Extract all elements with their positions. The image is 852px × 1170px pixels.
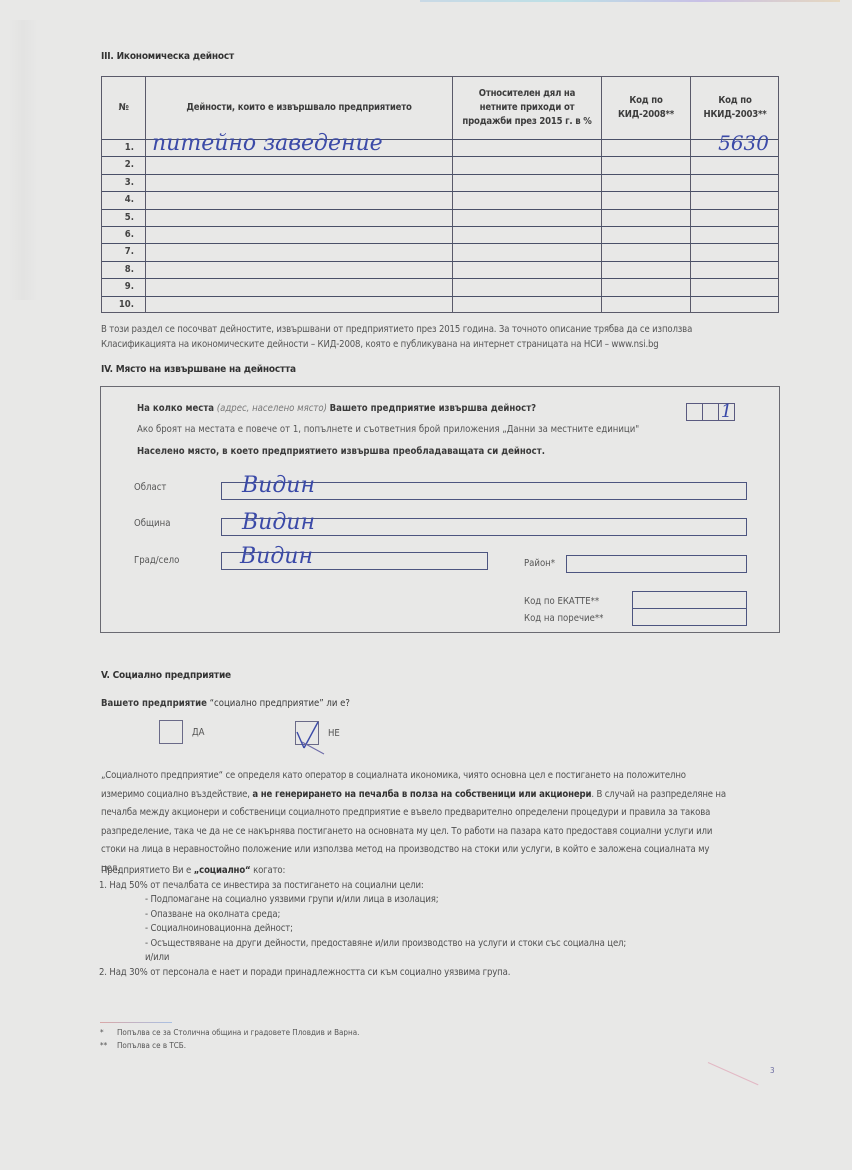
and-or: и/или bbox=[145, 951, 781, 966]
definition-bold: а не генерирането на печалба в полза на … bbox=[252, 789, 591, 800]
header-kid2008: Код по КИД-2008** bbox=[602, 77, 690, 139]
porechie-label: Код на поречие** bbox=[524, 613, 603, 624]
criterion-2: 2. Над 30% от персонала е нает и поради … bbox=[99, 966, 781, 981]
places-digit[interactable]: 1 bbox=[718, 403, 735, 421]
row-number: 8. bbox=[102, 264, 146, 275]
criteria-intro-text: Предприятието Ви е bbox=[101, 865, 194, 876]
header-share: Относителен дял на нетните приходи от пр… bbox=[453, 77, 601, 139]
row-number: 4. bbox=[102, 194, 146, 205]
row-number: 7. bbox=[102, 246, 146, 257]
criterion-1: 1. Над 50% от печалбата се инвестира за … bbox=[99, 879, 781, 894]
grad-value: Видин bbox=[240, 544, 313, 569]
places-digit[interactable] bbox=[686, 403, 703, 421]
section-3-title: III. Икономическа дейност bbox=[101, 51, 234, 62]
row-number: 5. bbox=[102, 212, 146, 223]
places-digit[interactable] bbox=[702, 403, 719, 421]
criteria-intro: Предприятието Ви е „социално“ когато: bbox=[101, 864, 781, 879]
checkbox-yes[interactable] bbox=[159, 720, 183, 744]
footnote: **Попълва се в ТСБ. bbox=[100, 1039, 359, 1052]
ekatte-label: Код по ЕКАТТЕ** bbox=[524, 596, 599, 607]
places-question-bold-2: Вашето предприятие извършва дейност? bbox=[330, 403, 536, 414]
note-line: Класификацията на икономическите дейност… bbox=[101, 337, 781, 352]
header-no: № bbox=[102, 77, 145, 139]
nkid2003-cell[interactable] bbox=[691, 290, 779, 313]
scan-shadow bbox=[8, 20, 38, 300]
criterion-subitem: - Социалноиновационна дейност; bbox=[145, 922, 781, 937]
definition-line: печалба между акционери и собственици со… bbox=[101, 804, 781, 823]
section-5-title: V. Социално предприятие bbox=[101, 670, 231, 681]
rayon-field[interactable] bbox=[566, 555, 747, 573]
share-cell[interactable] bbox=[453, 290, 601, 313]
footnote: *Попълва се за Столична община и градове… bbox=[100, 1026, 359, 1039]
row-number: 6. bbox=[102, 229, 146, 240]
criteria-intro-text: когато: bbox=[251, 865, 286, 876]
row-number: 1. bbox=[102, 142, 146, 153]
note-line: В този раздел се посочват дейностите, из… bbox=[101, 322, 781, 337]
kid2008-cell[interactable] bbox=[602, 290, 690, 313]
criteria-intro-bold: „социално“ bbox=[194, 865, 251, 876]
option-no[interactable]: НЕ bbox=[295, 721, 340, 745]
settlement-question: Населено място, в което предприятието из… bbox=[137, 446, 545, 457]
pen-mark bbox=[708, 1062, 759, 1085]
obshtina-label: Община bbox=[134, 518, 170, 529]
row-number: 2. bbox=[102, 159, 146, 170]
places-question-italic: (адрес, населено място) bbox=[217, 403, 327, 414]
ekatte-field[interactable] bbox=[632, 591, 747, 609]
definition-line: разпределение, така че да не се накърняв… bbox=[101, 823, 781, 842]
footnote-mark: * bbox=[100, 1026, 117, 1039]
activities-table: № Дейности, които е извършвало предприят… bbox=[101, 76, 779, 313]
criterion-subitem: - Подпомагане на социално уязвими групи … bbox=[145, 893, 781, 908]
rayon-label: Район* bbox=[524, 558, 555, 569]
social-criteria: Предприятието Ви е „социално“ когато: 1.… bbox=[101, 864, 781, 980]
footnote-text: Попълва се в ТСБ. bbox=[117, 1041, 186, 1050]
social-question: Вашето предприятие “социално предприятие… bbox=[101, 698, 350, 709]
grad-field[interactable]: Видин bbox=[221, 552, 488, 570]
grad-label: Град/село bbox=[134, 555, 179, 566]
places-question: На колко места (адрес, населено място) В… bbox=[137, 403, 536, 414]
social-question-bold: Вашето предприятие bbox=[101, 698, 207, 709]
places-hint: Ако броят на местата е повече от 1, попъ… bbox=[137, 424, 639, 435]
oblast-field[interactable]: Видин bbox=[221, 482, 747, 500]
row-number: 10. bbox=[102, 299, 146, 310]
header-activity: Дейности, които е извършвало предприятие… bbox=[146, 77, 452, 139]
checkmark-icon bbox=[294, 716, 334, 756]
definition-text: . В случай на разпределяне на bbox=[591, 789, 726, 800]
definition-line: стоки на лица в неравностойно положение … bbox=[101, 841, 781, 860]
obshtina-field[interactable]: Видин bbox=[221, 518, 747, 536]
footnote-separator bbox=[100, 1022, 172, 1023]
places-count-field[interactable]: 1 bbox=[686, 403, 735, 421]
obshtina-value: Видин bbox=[242, 510, 315, 535]
footnote-mark: ** bbox=[100, 1039, 117, 1052]
section-4-title: IV. Място на извършване на дейността bbox=[101, 364, 296, 375]
row-number: 9. bbox=[102, 281, 146, 292]
header-nkid2003: Код по НКИД-2003** bbox=[691, 77, 779, 139]
places-question-bold: На колко места bbox=[137, 403, 214, 414]
social-question-rest: “социално предприятие” ли е? bbox=[207, 698, 350, 709]
criterion-subitem: - Опазване на околната среда; bbox=[145, 908, 781, 923]
definition-text: измеримо социално въздействие, bbox=[101, 789, 252, 800]
option-yes[interactable]: ДА bbox=[159, 720, 205, 744]
porechie-field[interactable] bbox=[632, 608, 747, 626]
checkbox-no[interactable] bbox=[295, 721, 319, 745]
scan-edge-strip bbox=[420, 0, 840, 2]
footnotes: *Попълва се за Столична община и градове… bbox=[100, 1026, 359, 1052]
section-3-note: В този раздел се посочват дейностите, из… bbox=[101, 322, 781, 352]
definition-line: измеримо социално въздействие, а не гене… bbox=[101, 786, 781, 805]
criterion-subitem: - Осъществяване на други дейности, предо… bbox=[145, 937, 781, 952]
oblast-label: Област bbox=[134, 482, 166, 493]
definition-line: „Социалното предприятие“ се определя кат… bbox=[101, 767, 781, 786]
footnote-text: Попълва се за Столична община и градовет… bbox=[117, 1028, 359, 1037]
option-yes-label: ДА bbox=[192, 727, 205, 738]
activity-cell[interactable] bbox=[146, 290, 452, 313]
social-definition: „Социалното предприятие“ се определя кат… bbox=[101, 767, 781, 878]
row-number: 3. bbox=[102, 177, 146, 188]
page-number: 3 bbox=[770, 1066, 775, 1075]
oblast-value: Видин bbox=[242, 473, 315, 498]
